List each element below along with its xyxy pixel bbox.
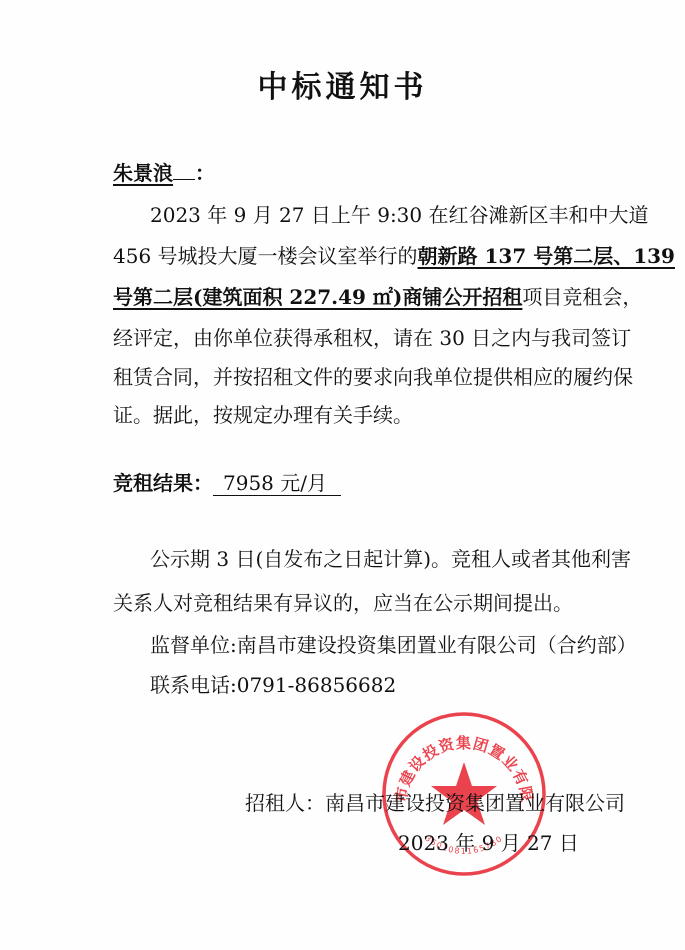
- signature-date: 2023 年 9 月 27 日: [398, 830, 579, 856]
- body-line-6: 证。据此，按规定办理有关手续。: [113, 402, 413, 428]
- body-text: 项目竞租会，: [522, 285, 642, 309]
- body-line-1: 2023 年 9 月 27 日上午 9:30 在红谷滩新区丰和中大道: [150, 202, 649, 228]
- recipient-name: 朱景浪: [113, 161, 173, 185]
- phone-line: 联系电话:0791-86856682: [150, 672, 396, 698]
- result-line: 竞租结果：7958 元/月: [113, 470, 341, 496]
- project-name-cont: 号第二层(建筑面积 227.49 ㎡)商铺公开招租: [113, 285, 522, 309]
- body-text: 456 号城投大厦一楼会议室举行的: [113, 244, 418, 268]
- notice-line-1: 公示期 3 日(自发布之日起计算)。竞租人或者其他利害: [150, 546, 631, 572]
- project-name: 朝新路 137 号第二层、139: [418, 244, 675, 268]
- result-value: 7958 元/月: [213, 471, 341, 496]
- body-line-2: 456 号城投大厦一楼会议室举行的朝新路 137 号第二层、139: [113, 243, 675, 269]
- body-line-4: 经评定，由你单位获得承租权，请在 30 日之内与我司签订: [113, 325, 631, 351]
- recipient-line: 朱景浪：: [113, 160, 215, 186]
- body-line-3: 号第二层(建筑面积 227.49 ㎡)商铺公开招租项目竞租会，: [113, 284, 642, 310]
- body-line-5: 租赁合同，并按招租文件的要求向我单位提供相应的履约保: [113, 364, 633, 390]
- supervisor-line: 监督单位:南昌市建设投资集团置业有限公司（合约部）: [150, 632, 637, 658]
- page-title: 中标通知书: [0, 62, 685, 106]
- result-label: 竞租结果：: [113, 471, 213, 495]
- signer-line: 招租人：南昌市建设投资集团置业有限公司: [245, 790, 625, 816]
- notice-line-2: 关系人对竞租结果有异议的，应当在公示期间提出。: [113, 590, 573, 616]
- recipient-colon: ：: [195, 161, 215, 185]
